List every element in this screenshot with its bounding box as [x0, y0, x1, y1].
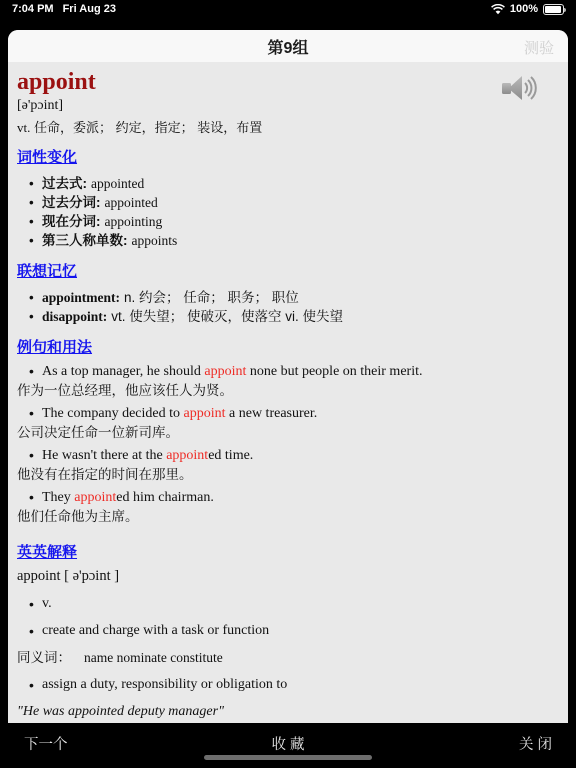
- battery-icon: [543, 4, 564, 15]
- section-link-word-forms[interactable]: 词性变化: [17, 149, 77, 167]
- phonetic: [ə'pɔint]: [17, 97, 554, 114]
- synonyms-label: 同义词：: [17, 650, 71, 665]
- close-button[interactable]: 关 闭: [519, 733, 552, 754]
- example-sentence: They appointed him chairman.: [17, 489, 554, 506]
- list-item: 现在分词:appointing: [17, 212, 554, 231]
- word-forms-list: 过去式:appointed 过去分词:appointed 现在分词:appoin…: [17, 174, 554, 250]
- bottom-toolbar: 下一个 收 藏 关 闭: [0, 723, 576, 768]
- list-item: disappoint:vt. 使失望； 使破灭，使落空 vi. 使失望: [17, 307, 554, 326]
- example-item: They appointed him chairman. 他们任命他为主席。: [17, 489, 554, 525]
- example-sentence: He wasn't there at the appointed time.: [17, 447, 554, 464]
- example-translation: 他们任命他为主席。: [17, 508, 554, 525]
- synonyms-words: name nominate constitute: [84, 650, 223, 665]
- section-link-associations[interactable]: 联想记忆: [17, 263, 77, 281]
- english-def-gloss: assign a duty, responsibility or obligat…: [17, 677, 554, 693]
- english-def-headword: appoint [ ə'pɔint ]: [17, 568, 554, 585]
- dictionary-content: appoint: [8, 62, 568, 723]
- quiz-button[interactable]: 测验: [524, 37, 554, 58]
- speaker-icon[interactable]: [500, 72, 542, 109]
- battery-percent: 100%: [510, 3, 538, 15]
- list-item: 过去分词:appointed: [17, 193, 554, 212]
- word-row: appoint: [17, 69, 554, 96]
- status-time: 7:04 PM: [12, 3, 54, 15]
- list-item: 过去式:appointed: [17, 174, 554, 193]
- app-card: 第9组 测验 appoint: [8, 30, 568, 723]
- headword: appoint: [17, 69, 96, 95]
- english-def-pos: v.: [17, 596, 554, 612]
- favorite-button[interactable]: 收 藏: [271, 733, 304, 754]
- english-def-example: "He was appointed deputy manager": [17, 704, 554, 720]
- highlighted-word: appoint: [166, 448, 208, 463]
- example-translation: 公司决定任命一位新司库。: [17, 424, 554, 441]
- example-translation: 他没有在指定的时间在那里。: [17, 466, 554, 483]
- synonyms-line: 同义词：name nominate constitute: [17, 650, 554, 666]
- english-def-gloss: create and charge with a task or functio…: [17, 623, 554, 639]
- highlighted-word: appoint: [74, 490, 116, 505]
- example-item: As a top manager, he should appoint none…: [17, 363, 554, 399]
- highlighted-word: appoint: [204, 364, 246, 379]
- page-title: 第9组: [268, 35, 309, 58]
- highlighted-word: appoint: [184, 406, 226, 421]
- example-sentence: The company decided to appoint a new tre…: [17, 405, 554, 422]
- definition-line: vt. 任命，委派； 约定，指定； 装设，布置: [17, 120, 554, 136]
- associations-list: appointment:n. 约会； 任命； 职务； 职位 disappoint…: [17, 288, 554, 326]
- section-link-examples[interactable]: 例句和用法: [17, 339, 92, 357]
- next-button[interactable]: 下一个: [24, 733, 68, 754]
- section-link-english-def[interactable]: 英英解释: [17, 544, 77, 562]
- card-header: 第9组 测验: [8, 30, 568, 62]
- definition-text: 任命，委派； 约定，指定； 装设，布置: [34, 120, 262, 135]
- status-bar: 7:04 PM Fri Aug 23 100%: [0, 0, 576, 24]
- list-item: appointment:n. 约会； 任命； 职务； 职位: [17, 288, 554, 307]
- list-item: 第三人称单数:appoints: [17, 231, 554, 250]
- example-item: He wasn't there at the appointed time. 他…: [17, 447, 554, 483]
- example-item: The company decided to appoint a new tre…: [17, 405, 554, 441]
- wifi-icon: [491, 4, 505, 15]
- status-date: Fri Aug 23: [63, 3, 116, 15]
- screen: 7:04 PM Fri Aug 23 100% 第9组 测验: [0, 0, 576, 768]
- example-translation: 作为一位总经理，他应该任人为贤。: [17, 382, 554, 399]
- example-sentence: As a top manager, he should appoint none…: [17, 363, 554, 380]
- home-indicator[interactable]: [204, 755, 372, 760]
- part-of-speech: vt.: [17, 120, 30, 135]
